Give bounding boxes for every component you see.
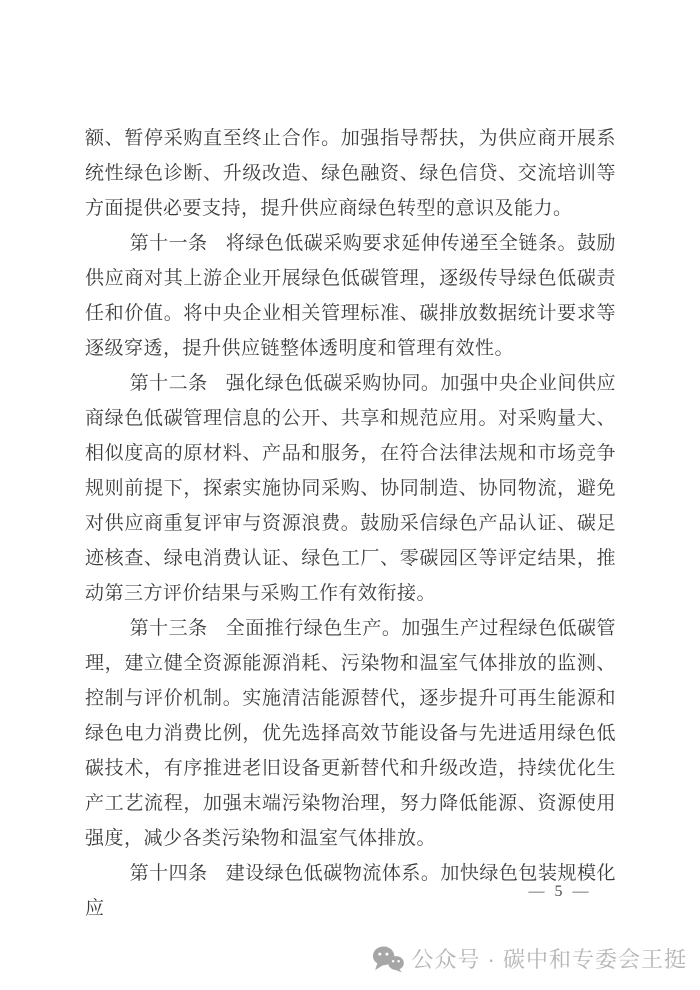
document-page: 额、暂停采购直至终止合作。加强指导帮扶，为供应商开展系统性绿色诊断、升级改造、绿… — [0, 0, 700, 990]
paragraph-text: 全面推行绿色生产。加强生产过程绿色低碳管理，建立健全资源能源消耗、污染物和温室气… — [85, 618, 616, 849]
paragraph-article-13: 第十三条全面推行绿色生产。加强生产过程绿色低碳管理，建立健全资源能源消耗、污染物… — [85, 611, 616, 856]
wechat-icon — [372, 945, 404, 973]
article-number: 第十三条 — [130, 618, 208, 639]
article-number: 第十四条 — [130, 863, 208, 884]
article-number: 第十一条 — [130, 233, 208, 254]
watermark-footer: 公众号 · 碳中和专委会王挺 — [372, 943, 687, 974]
paragraph-article-12: 第十二条强化绿色低碳采购协同。加强中央企业间供应商绿色低碳管理信息的公开、共享和… — [85, 366, 616, 611]
article-number: 第十二条 — [130, 373, 208, 394]
page-number: — 5 — — [512, 883, 608, 901]
paragraph-continuation: 额、暂停采购直至终止合作。加强指导帮扶，为供应商开展系统性绿色诊断、升级改造、绿… — [85, 121, 616, 226]
watermark-text: 公众号 · 碳中和专委会王挺 — [411, 943, 687, 974]
paragraph-text: 强化绿色低碳采购协同。加强中央企业间供应商绿色低碳管理信息的公开、共享和规范应用… — [85, 373, 616, 604]
paragraph-text: 额、暂停采购直至终止合作。加强指导帮扶，为供应商开展系统性绿色诊断、升级改造、绿… — [85, 128, 616, 219]
paragraph-article-11: 第十一条将绿色低碳采购要求延伸传递至全链条。鼓励供应商对其上游企业开展绿色低碳管… — [85, 226, 616, 366]
document-body: 额、暂停采购直至终止合作。加强指导帮扶，为供应商开展系统性绿色诊断、升级改造、绿… — [85, 121, 616, 926]
